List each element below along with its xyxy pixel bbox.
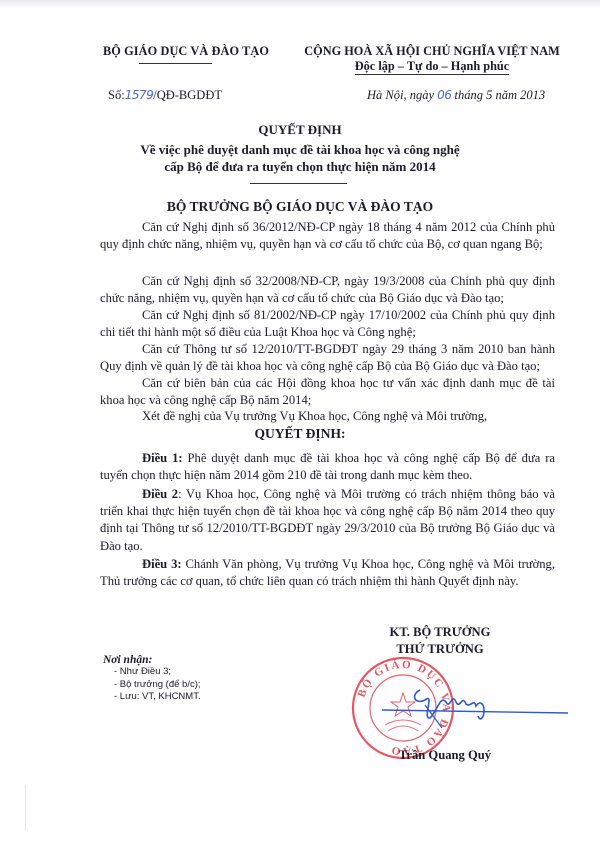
recipient-item: - Lưu: VT, KHCNMT. [103,691,201,704]
doc-number-handwritten: 1579 [125,88,154,102]
document-title: QUYẾT ĐỊNH [0,122,600,138]
preamble-paragraph: Căn cứ biên bản của các Hội đồng khoa họ… [100,375,555,409]
article-label: Điều 2 [142,487,178,501]
doc-number-suffix: /QĐ-BGDĐT [153,88,222,102]
doc-number-prefix: Số: [108,88,125,102]
article-2: Điều 2: Vụ Khoa học, Công nghệ và Môi tr… [100,486,555,555]
recipients-block: Nơi nhận: - Như Điều 3; - Bộ trưởng (để … [103,654,201,704]
article-label: Điều 1: [142,451,183,465]
preamble-paragraph: Căn cứ Thông tư số 12/2010/TT-BGDĐT ngày… [100,341,555,375]
preamble-paragraph: Căn cứ Nghị định số 81/2002/NĐ-CP ngày 1… [100,307,555,341]
national-header: CỘNG HOÀ XÃ HỘI CHỦ NGHĨA VIỆT NAM Độc l… [284,44,580,75]
article-label: Điều 3: [142,557,182,571]
national-motto: Độc lập – Tự do – Hạnh phúc [355,59,509,75]
recipient-item: - Như Điều 3; [103,666,201,679]
recipient-item: - Bộ trưởng (để b/c); [103,679,201,692]
recipients-heading: Nơi nhận: [103,654,201,666]
date-suffix: tháng 5 năm 2013 [455,88,546,102]
scan-shadow [0,0,600,8]
subject-line-2: cấp Bộ để đưa ra tuyển chọn thực hiện nă… [0,158,600,175]
preamble-paragraph: Căn cứ Nghị định số 36/2012/NĐ-CP ngày 1… [100,219,555,253]
subject-line-1: Về việc phê duyệt danh mục đề tài khoa h… [0,141,600,158]
document-date: Hà Nội, ngày 06 tháng 5 năm 2013 [367,88,545,103]
issuing-authority: BỘ TRƯỞNG BỘ GIÁO DỤC VÀ ĐÀO TẠO [0,199,600,215]
document-page: BỘ GIÁO DỤC VÀ ĐÀO TẠO CỘNG HOÀ XÃ HỘI C… [0,0,600,860]
preamble-paragraph: Căn cứ Nghị định số 32/2008/NĐ-CP, ngày … [100,273,555,307]
document-number: Số:1579/QĐ-BGDĐT [108,88,222,103]
signer-title-1: KT. BỘ TRƯỞNG [360,625,520,640]
decision-heading: QUYẾT ĐỊNH: [0,426,600,442]
article-3: Điều 3: Chánh Văn phòng, Vụ trưởng Vụ Kh… [100,556,555,590]
scan-artifact [25,785,26,830]
article-1: Điều 1: Phê duyệt danh mục đề tài khoa h… [100,450,555,484]
title-separator [250,183,347,184]
date-day-handwritten: 06 [437,88,451,102]
date-prefix: Hà Nội, ngày [367,88,434,102]
country-name: CỘNG HOÀ XÃ HỘI CHỦ NGHĨA VIỆT NAM [284,44,580,59]
ministry-underline [139,63,212,64]
ministry-name: BỘ GIÁO DỤC VÀ ĐÀO TẠO [96,44,276,59]
ministry-header: BỘ GIÁO DỤC VÀ ĐÀO TẠO [96,44,276,59]
preamble-paragraph: Xét đề nghị của Vụ trưởng Vụ Khoa học, C… [100,408,555,425]
signer-name: Trần Quang Quý [360,748,530,763]
document-subject: Về việc phê duyệt danh mục đề tài khoa h… [0,141,600,175]
handwritten-signature-icon [380,680,570,730]
